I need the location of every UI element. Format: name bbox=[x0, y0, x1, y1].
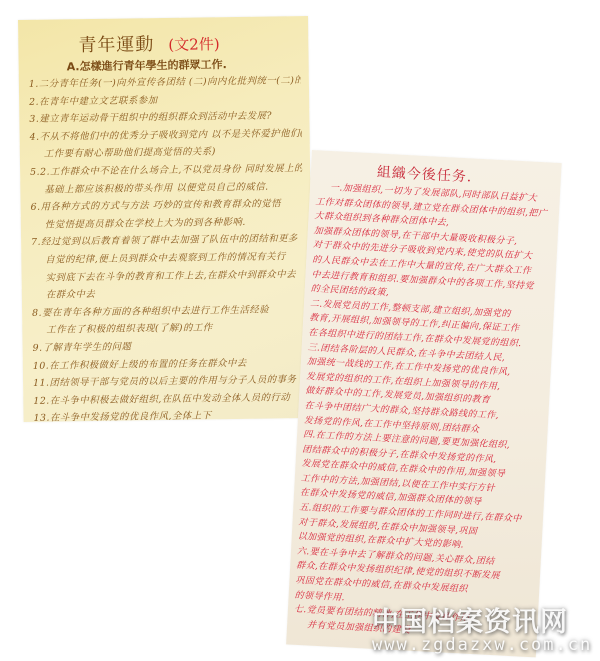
page-title: 青年運動 bbox=[78, 30, 154, 57]
handwritten-line: 13.在斗争中发扬党的优良作风,全体上下 bbox=[33, 406, 305, 422]
handwritten-lines: 一.加强组织,一切为了发展部队,同时部队日益扩大工作对群众团体的领导,建立党在群… bbox=[293, 180, 552, 644]
title-annotation-red: (文2件) bbox=[168, 33, 220, 55]
manuscript-page-organization-tasks: 組織今後任务. 一.加强组织,一切为了发展部队,同时部队日益扩大工作对群众团体的… bbox=[286, 150, 562, 657]
handwritten-lines: 1.二分青年任务(一)向外宣传各团结 (二)向内化批判统一(二)的联系到青年2.… bbox=[29, 72, 307, 422]
manuscript-page-youth-movement: 青年運動 (文2件) A.怎樣進行青年學生的群眾工作. 1.二分青年任务(一)向… bbox=[18, 16, 314, 422]
page-heading: 青年運動 (文2件) bbox=[78, 28, 300, 57]
